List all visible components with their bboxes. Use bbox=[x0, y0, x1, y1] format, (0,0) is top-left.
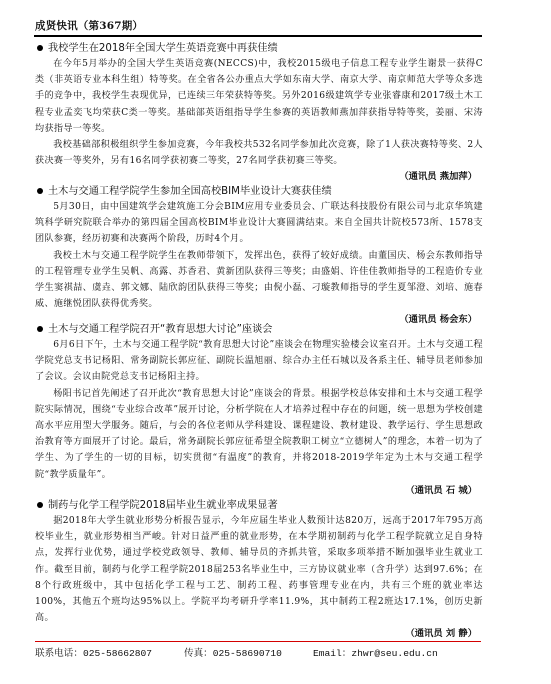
article-paragraph: 5月30日，由中国建筑学会建筑施工分会BIM应用专业委员会、广联达科技股份有限公… bbox=[35, 199, 483, 248]
article-title: 我校学生在2018年全国大学生英语竞赛中再获佳绩 bbox=[35, 42, 483, 56]
contact-phone: 联系电话：025-58662807 bbox=[35, 645, 152, 659]
article-title: 土木与交通工程学院学生参加全国高校BIM毕业设计大赛获佳绩 bbox=[35, 185, 483, 199]
article-title: 制药与化学工程学院2018届毕业生就业率成果显著 bbox=[35, 499, 483, 513]
article-paragraph: 据2018年大学生就业形势分析报告显示，今年应届生毕业人数预计达820万，远高于… bbox=[35, 513, 483, 626]
bullet-icon bbox=[37, 326, 43, 332]
article-1: 我校学生在2018年全国大学生英语竞赛中再获佳绩 在今年5月举办的全国大学生英语… bbox=[35, 42, 483, 185]
bullet-icon bbox=[37, 502, 43, 508]
article-paragraph: 我校土木与交通工程学院学生在教师带领下，发挥出色，获得了较好成绩。由董国庆、杨会… bbox=[35, 248, 483, 313]
article-4: 制药与化学工程学院2018届毕业生就业率成果显著 据2018年大学生就业形势分析… bbox=[35, 499, 483, 642]
article-paragraph: 杨阳书记首先阐述了召开此次“教育思想大讨论”座谈会的背景。根据学校总体安排和土木… bbox=[35, 386, 483, 483]
article-title: 土木与交通工程学院召开“教育思想大讨论”座谈会 bbox=[35, 323, 483, 337]
byline: （通讯员 石 城） bbox=[35, 483, 483, 499]
header-title: 成贤快讯（第367期） bbox=[35, 18, 143, 33]
bullet-icon bbox=[37, 45, 43, 51]
bullet-icon bbox=[37, 188, 43, 194]
footer-rule bbox=[35, 641, 481, 642]
article-paragraph: 在今年5月举办的全国大学生英语竞赛(NECCS)中，我校2015级电子信息工程专… bbox=[35, 56, 483, 137]
contact-fax: 传真：025-58690710 bbox=[184, 645, 282, 659]
byline: （通讯员 燕加萍） bbox=[35, 169, 483, 185]
header-rule bbox=[34, 35, 482, 37]
article-paragraph: 6月6日下午，土木与交通工程学院“教育思想大讨论”座谈会在物理实验楼会议室召开。… bbox=[35, 337, 483, 386]
article-paragraph: 我校基础部积极组织学生参加竞赛，今年我校共532名同学参加此次竞赛，除了1人获决… bbox=[35, 137, 483, 169]
contact-email[interactable]: Email：zhwr@seu.edu.cn bbox=[313, 645, 438, 659]
article-2: 土木与交通工程学院学生参加全国高校BIM毕业设计大赛获佳绩 5月30日，由中国建… bbox=[35, 185, 483, 328]
article-3: 土木与交通工程学院召开“教育思想大讨论”座谈会 6月6日下午，土木与交通工程学院… bbox=[35, 323, 483, 499]
